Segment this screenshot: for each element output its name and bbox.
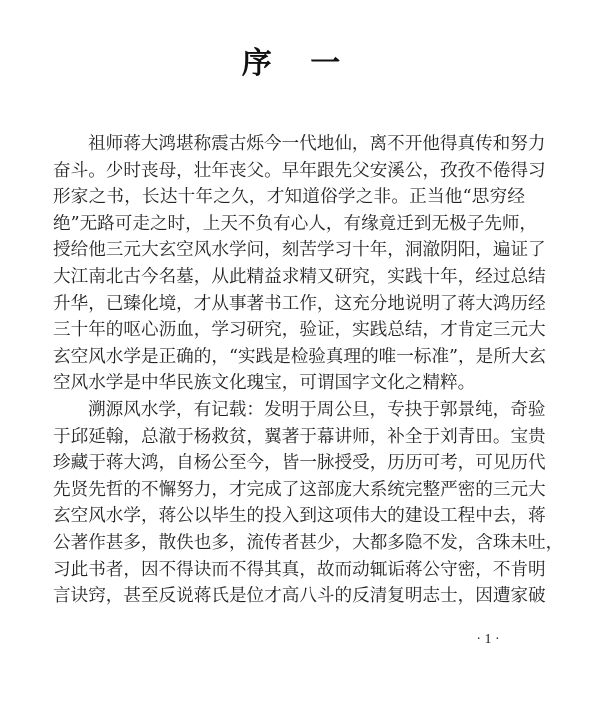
page-title: 序 一 xyxy=(0,44,596,84)
paragraph-1-line: 空风水学是中华民族文化瑰宝，可谓国字文化之精粹。 xyxy=(53,370,525,397)
paragraph-2-line: 先贤先哲的不懈努力，才完成了这部庞大系统完整严密的三元大 xyxy=(53,477,525,504)
paragraph-1-line: 形家之书，长达十年之久，才知道俗学之非。正当他“思穷经 xyxy=(53,184,525,211)
paragraph-1-line: 绝”无路可走之时，上天不负有心人，有缘竟迁到无极子先师， xyxy=(53,211,525,238)
page-number: · 1 · xyxy=(468,630,508,650)
paragraph-2-line: 溯源风水学，有记载：发明于周公旦，专抉于郭景纯，奇验 xyxy=(53,397,525,424)
paragraph-2-line: 于邱延翰，总澈于杨救贫，翼著于幕讲师，补全于刘青田。宝贵 xyxy=(53,424,525,451)
paragraph-2-line: 言诀窍，甚至反说蒋氏是位才高八斗的反清复明志士，因遭家破 xyxy=(53,583,525,610)
paragraph-1-line: 升华，已臻化境，才从事著书工作，这充分地说明了蒋大鸿历经 xyxy=(53,291,525,318)
paragraph-1-line: 授给他三元大玄空风水学问，刻苦学习十年，洞澈阴阳，遍证了 xyxy=(53,237,525,264)
paragraph-1-line: 祖师蒋大鸿堪称震古烁今一代地仙，离不开他得真传和努力 xyxy=(53,131,525,158)
paragraph-1-line: 奋斗。少时丧母，壮年丧父。早年跟先父安溪公，孜孜不倦得习 xyxy=(53,158,525,185)
paragraph-2-line: 习此书者，因不得诀而不得其真，故而动辄诟蒋公守密，不肯明 xyxy=(53,557,525,584)
body-text: 祖师蒋大鸿堪称震古烁今一代地仙，离不开他得真传和努力 奋斗。少时丧母，壮年丧父。… xyxy=(53,131,525,610)
paragraph-1-line: 三十年的呕心沥血，学习研究，验证，实践总结，才肯定三元大 xyxy=(53,317,525,344)
paragraph-2-line: 公著作甚多，散佚也多，流传者甚少，大都多隐不发，含珠未吐， xyxy=(53,530,525,557)
paragraph-1-line: 大江南北古今名墓，从此精益求精又研究，实践十年，经过总结 xyxy=(53,264,525,291)
paragraph-2-line: 珍藏于蒋大鸿，自杨公至今，皆一脉授受，历历可考，可见历代 xyxy=(53,450,525,477)
paragraph-2-line: 玄空风水学，蒋公以毕生的投入到这项伟大的建设工程中去，蒋 xyxy=(53,503,525,530)
paragraph-1-line: 玄空风水学是正确的，“实践是检验真理的唯一标准”，是所大玄 xyxy=(53,344,525,371)
